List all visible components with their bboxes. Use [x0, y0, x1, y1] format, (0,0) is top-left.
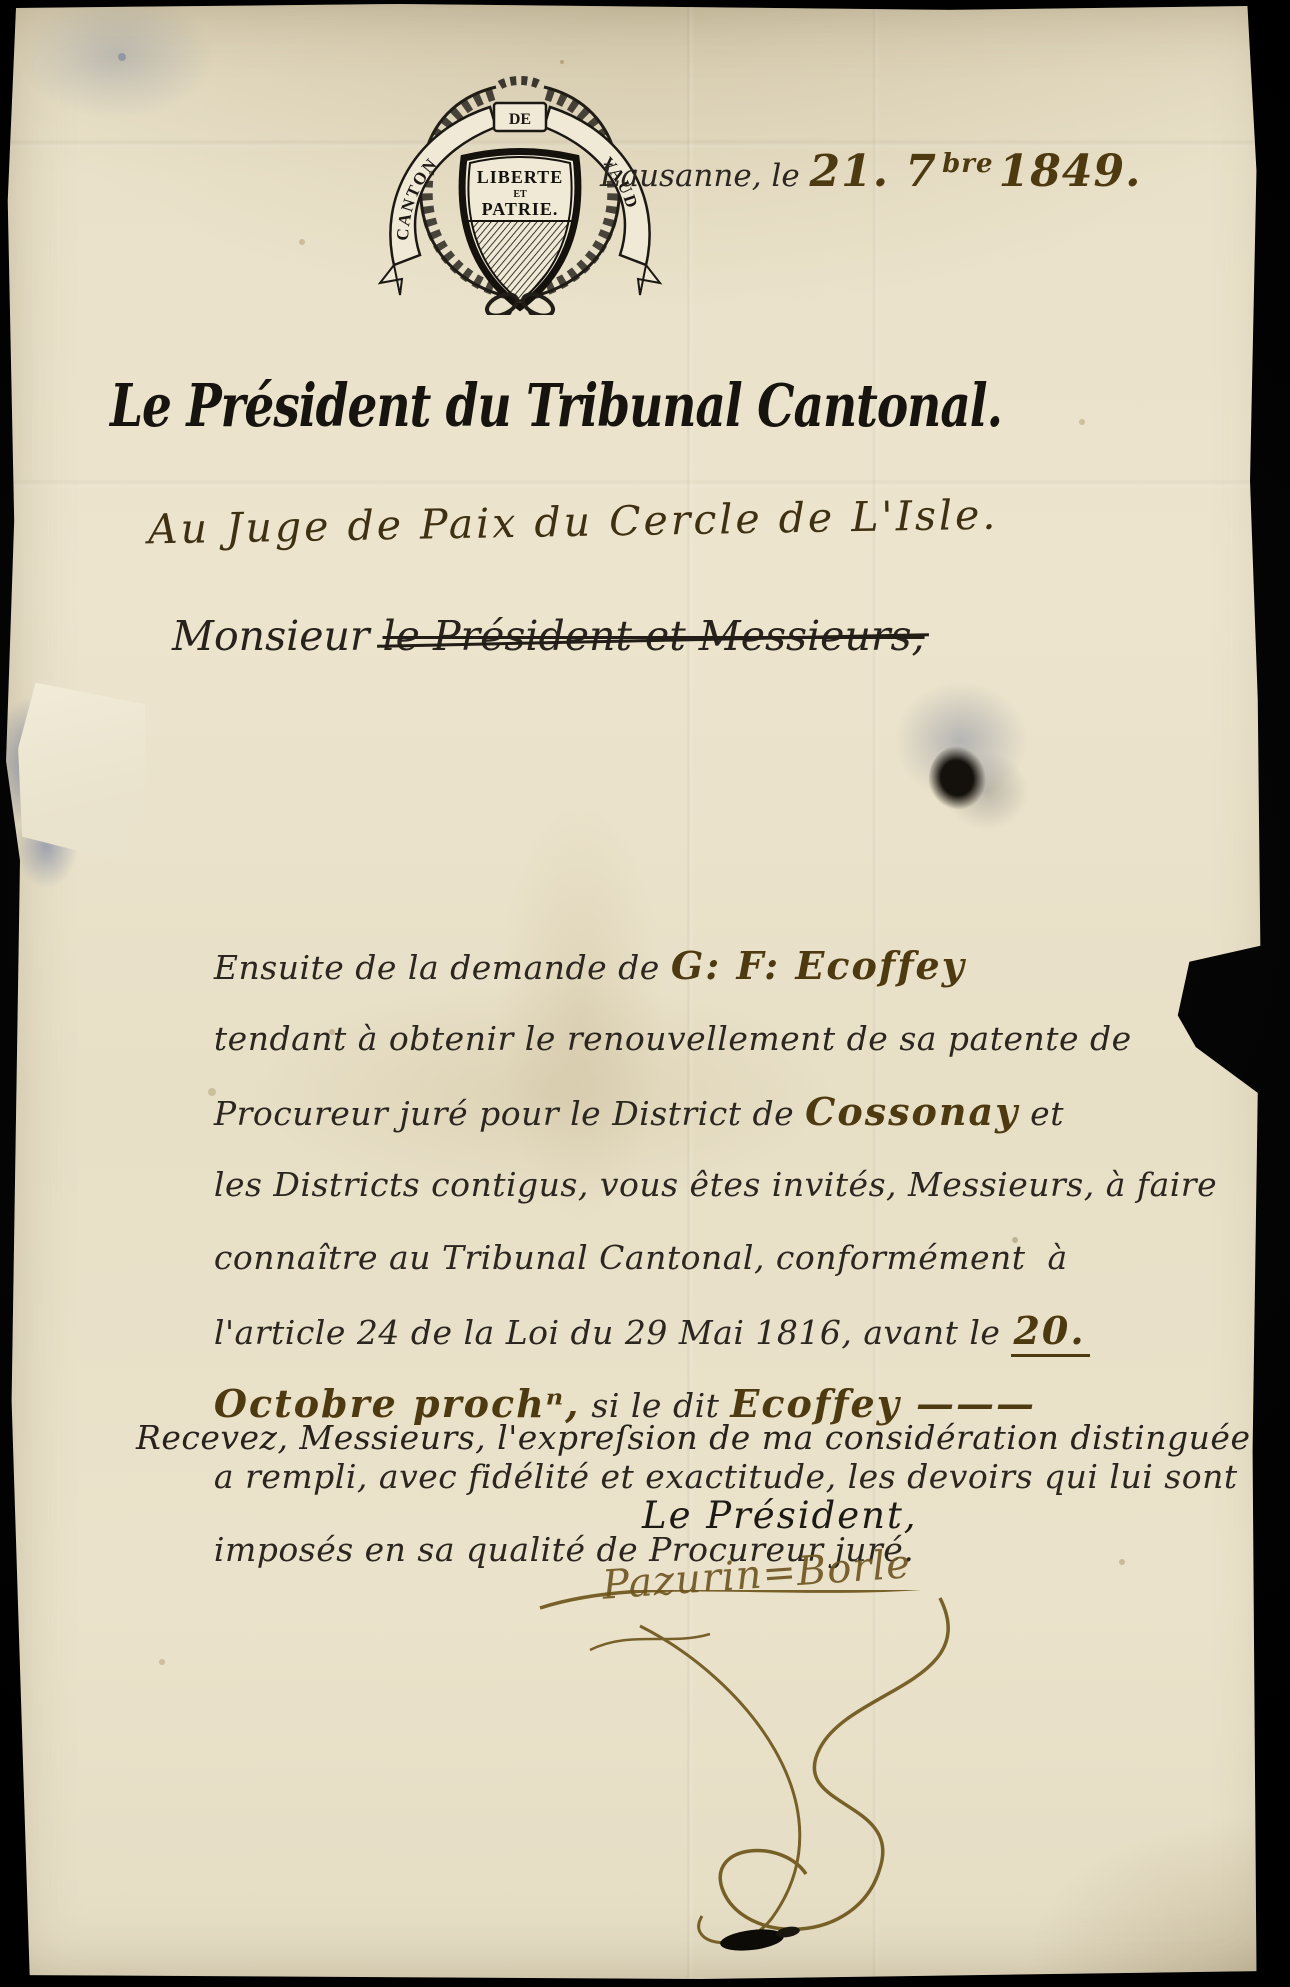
printed-text: Procureur juré pour le District de — [214, 1094, 805, 1133]
handwritten-date-month-sup: bre — [942, 149, 993, 179]
printed-text: a rempli, avec fidélité et exactitude, l… — [214, 1457, 1238, 1496]
closing-line: Recevez, Messieurs, l'expreſsion de ma c… — [136, 1418, 1261, 1457]
handwritten-date-year: 1849. — [999, 146, 1142, 197]
paper-slip-fragment — [8, 682, 157, 863]
handwritten-text: G: F: Ecoffey — [671, 943, 966, 988]
shield-text-liberte: LIBERTE — [477, 167, 563, 187]
dateline-printed: Lausanne, le — [600, 158, 810, 194]
foxing-specks — [0, 0, 4, 4]
shield: LIBERTE ET PATRIE. — [450, 152, 590, 312]
salutation: Monsieur le Président et Messieurs, — [172, 612, 925, 660]
handwritten-text-underlined: 20. — [1011, 1308, 1089, 1357]
handwritten-date-day: 21. 7 — [810, 146, 937, 197]
printed-text: tendant à obtenir le renouvellement de s… — [214, 1019, 1132, 1058]
body-paragraph: Ensuite de la demande de G: F: Ecoffey t… — [130, 856, 1190, 1513]
printed-text: et — [1019, 1094, 1064, 1133]
paper: CANTON VAUD DE LIBERTE ET PATRIE. — [0, 0, 1290, 1987]
printed-text: l'article 24 de la Loi du 29 Mai 1816, a… — [214, 1313, 1012, 1352]
strikethrough-text: le Président et Messieurs, — [383, 612, 925, 660]
ink-blot-right — [921, 740, 994, 817]
signature-title: Le Président, — [642, 1494, 918, 1537]
salutation-kept: Monsieur — [172, 612, 383, 660]
dateline: Lausanne, le 21. 7 bre 1849. — [600, 146, 1141, 197]
letter-heading: Le Président du Tribunal Cantonal. — [110, 372, 970, 441]
signature-flourish — [520, 1590, 990, 1980]
printed-text: les Districts contigus, vous êtes invité… — [214, 1165, 1217, 1204]
photo-background: CANTON VAUD DE LIBERTE ET PATRIE. — [0, 0, 1290, 1987]
addressee-line: Au Juge de Paix du Cercle de L'Isle. — [148, 491, 999, 554]
ink-blot-bottom — [719, 1926, 785, 1954]
shield-text-patrie: PATRIE. — [482, 199, 559, 219]
printed-text: Ensuite de la demande de — [214, 948, 671, 987]
banner-text-de: DE — [509, 111, 531, 128]
printed-text: connaître au Tribunal Cantonal, conformé… — [214, 1238, 1068, 1277]
body-line: Ensuite de la demande de G: F: Ecoffey — [130, 856, 1190, 929]
handwritten-text: Cossonay — [805, 1089, 1019, 1134]
